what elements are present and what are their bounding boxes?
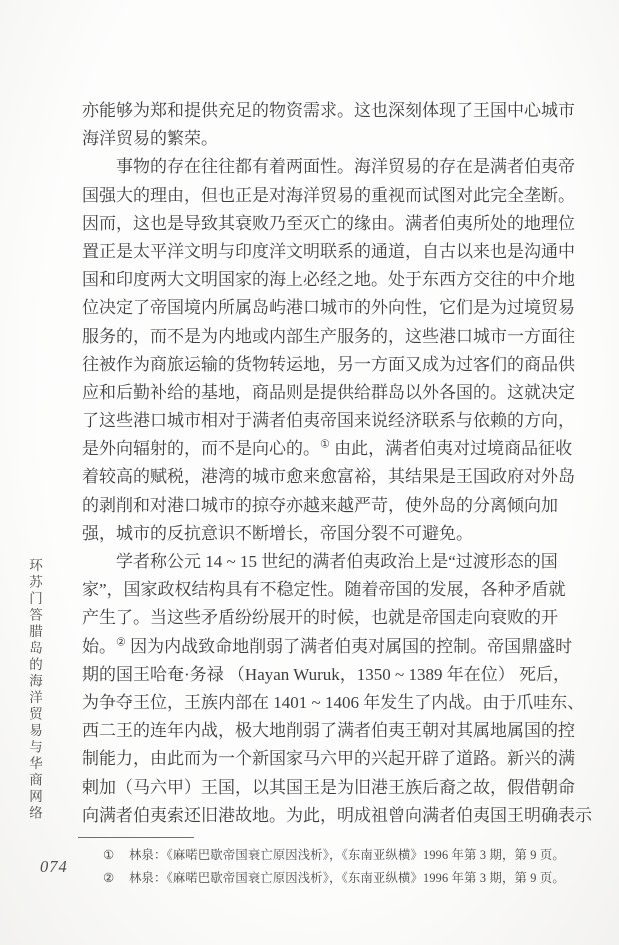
text-line: 因而，这也是导致其衰败乃至灭亡的缘由。满者伯夷所处的地理位 — [82, 210, 557, 238]
text-line: 向满者伯夷索还旧港故地。为此，明成祖曾向满者伯夷国王明确表示 — [82, 802, 557, 830]
text-line: 的剥削和对港口城市的掠夺亦越来越严苛，使外岛的分离倾向加 — [82, 492, 557, 520]
footnote-item: ①林泉：《麻喏巴歇帝国衰亡原因浅析》，《东南亚纵横》1996 年第 3 期，第 … — [103, 844, 581, 867]
text-line: 置正是太平洋文明与印度洋文明联系的通道，自古以来也是沟通中 — [82, 238, 557, 266]
text-line: 家”，国家政权结构具有不稳定性。随着帝国的发展，各种矛盾就 — [82, 576, 557, 604]
text-line: 往被作为商旅运输的货物转运地，另一方面又成为过客们的商品供 — [82, 351, 557, 379]
text-line: 是外向辐射的，而不是向心的。① 由此，满者伯夷对过境商品征收 — [82, 435, 557, 463]
text-line: 亦能够为郑和提供充足的物资需求。这也深刻体现了王国中心城市 — [82, 97, 557, 125]
text-line: 事物的存在往往都有着两面性。海洋贸易的存在是满者伯夷帝 — [82, 153, 557, 181]
footnote-text: 林泉：《麻喏巴歇帝国衰亡原因浅析》，《东南亚纵横》1996 年第 3 期，第 9… — [129, 867, 581, 890]
text-line: 国强大的理由，但也正是对海洋贸易的重视而试图对此完全垄断。 — [82, 182, 557, 210]
text-line: 始。② 因为内战致命地削弱了满者伯夷对属国的控制。帝国鼎盛时 — [82, 633, 557, 661]
text-line: 了这些港口城市相对于满者伯夷帝国来说经济联系与依赖的方向， — [82, 407, 557, 435]
text-line: 西二王的连年内战，极大地削弱了满者伯夷王朝对其属地属国的控 — [82, 717, 557, 745]
text-line: 产生了。当这些矛盾纷纷展开的时候，也就是帝国走向衰败的开 — [82, 604, 557, 632]
text-line: 位决定了帝国境内所属岛屿港口城市的外向性，它们是为过境贸易 — [82, 294, 557, 322]
footnote-item: ②林泉：《麻喏巴歇帝国衰亡原因浅析》，《东南亚纵横》1996 年第 3 期，第 … — [103, 867, 581, 890]
text-line: 服务的，而不是为内地或内部生产服务的，这些港口城市一方面往 — [82, 323, 557, 351]
text-line: 海洋贸易的繁荣。 — [82, 125, 557, 153]
text-line: 剌加（马六甲）王国，以其国王是为旧港王族后裔之故，假借朝命 — [82, 774, 557, 802]
body-text: 亦能够为郑和提供充足的物资需求。这也深刻体现了王国中心城市海洋贸易的繁荣。事物的… — [82, 97, 557, 830]
text-line: 期的国王哈奄·务禄 （Hayan Wuruk，1350 ~ 1389 年在位） … — [82, 661, 557, 689]
text-line: 强，城市的反抗意识不断增长，帝国分裂不可避免。 — [82, 520, 557, 548]
text-line: 为争夺王位，王族内部在 1401 ~ 1406 年发生了内战。由于爪哇东、 — [82, 689, 557, 717]
footnote-ref-marker: ① — [320, 439, 330, 451]
text-line: 学者称公元 14 ~ 15 世纪的满者伯夷政治上是“过渡形态的国 — [82, 548, 557, 576]
scanned-book-page: 环苏门答腊岛的海洋贸易与华商网络 亦能够为郑和提供充足的物资需求。这也深刻体现了… — [0, 0, 619, 945]
footnote-text: 林泉：《麻喏巴歇帝国衰亡原因浅析》，《东南亚纵横》1996 年第 3 期，第 9… — [129, 844, 581, 867]
text-line: 着较高的赋税，港湾的城市愈来愈富裕，其结果是王国政府对外岛 — [82, 463, 557, 491]
footnote-ref-marker: ② — [116, 636, 126, 648]
footnote-separator — [78, 837, 194, 838]
footnote-marker: ① — [103, 844, 129, 867]
footnote-marker: ② — [103, 867, 129, 890]
text-line: 应和后勤补给的基地，商品则是提供给群岛以外各国的。这就决定 — [82, 379, 557, 407]
page-number: 074 — [40, 857, 68, 877]
footnotes: ①林泉：《麻喏巴歇帝国衰亡原因浅析》，《东南亚纵横》1996 年第 3 期，第 … — [103, 844, 581, 889]
spine-title: 环苏门答腊岛的海洋贸易与华商网络 — [24, 558, 44, 822]
text-line: 制能力，由此而为一个新国家马六甲的兴起开辟了道路。新兴的满 — [82, 745, 557, 773]
text-line: 国和印度两大文明国家的海上必经之地。处于东西方交往的中介地 — [82, 266, 557, 294]
